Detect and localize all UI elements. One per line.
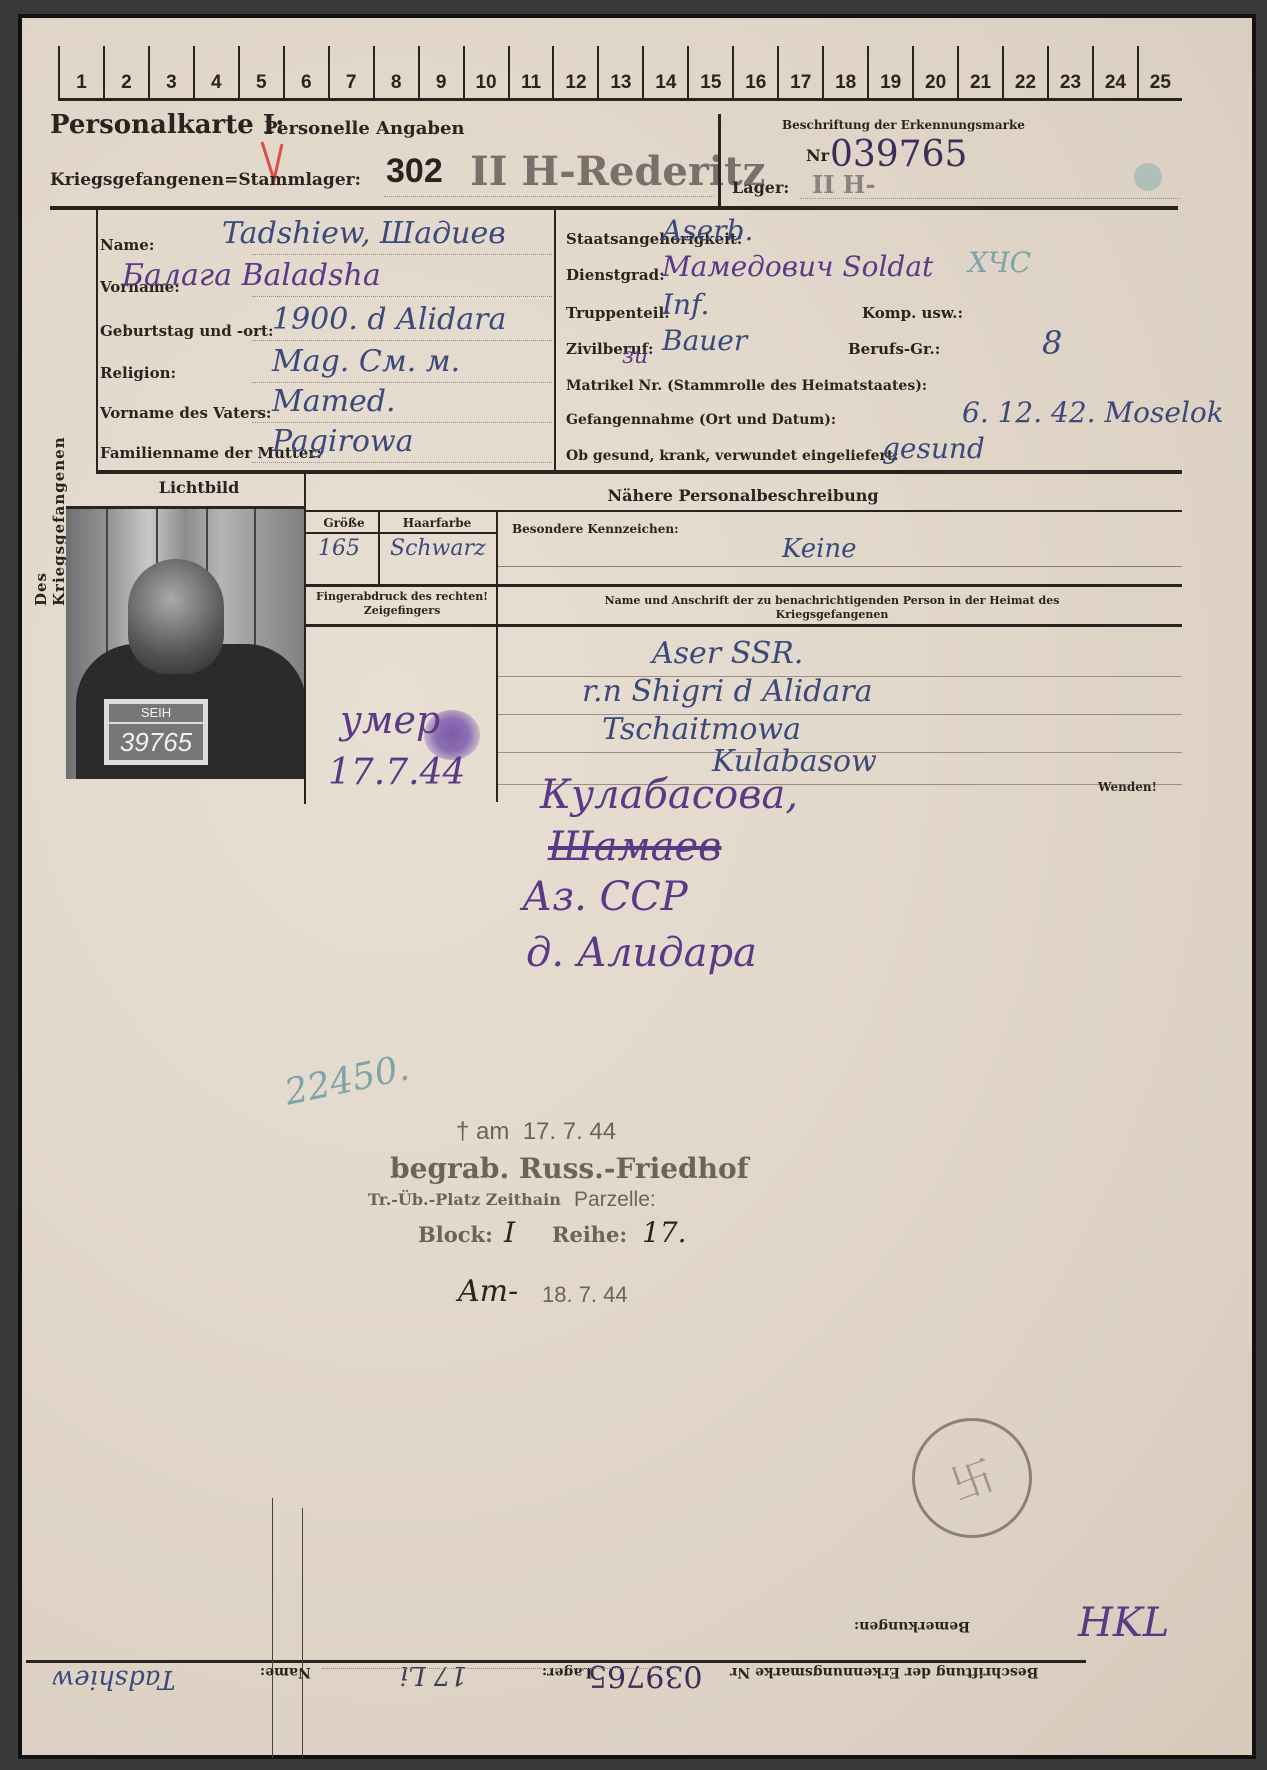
field-value: Tadshiew, Шадиев: [222, 216, 506, 251]
ruler-cell: 24: [1092, 46, 1137, 98]
field-value: Mag. См. м.: [272, 344, 460, 379]
hair-label: Haarfarbe: [382, 516, 492, 530]
field-value: 6. 12. 42. Moselok: [962, 396, 1224, 429]
contact-line: Tschaitmowa: [602, 712, 801, 747]
field-value: Inf.: [662, 288, 709, 321]
ruler-cell: 3: [148, 46, 193, 98]
field-value: Bauer: [662, 324, 747, 357]
russian-line: Кулабасова,: [540, 772, 798, 818]
ruler-cell: 15: [687, 46, 732, 98]
ruler-cell: 4: [193, 46, 238, 98]
death-line: † am 17. 7. 44: [456, 1118, 616, 1146]
ruler-cell: 6: [283, 46, 328, 98]
russian-line: д. Алидара: [526, 930, 757, 976]
remarks-label: Bemerkungen:: [854, 1618, 970, 1634]
field-value: Aserb.: [662, 214, 753, 247]
field-label: Religion:: [100, 364, 176, 382]
signature: HKL: [1078, 1600, 1169, 1646]
field-label: Dienstgrad:: [566, 266, 665, 284]
lager-value: II H-: [812, 170, 875, 199]
field-value: Балага Baladsha: [122, 258, 381, 293]
field-label: Geburtstag und -ort:: [100, 322, 274, 340]
contact-line: Aser SSR.: [652, 636, 803, 671]
round-stamp: 卐: [912, 1418, 1032, 1538]
photo-section-label: Lichtbild: [96, 478, 302, 497]
ruler-cell: 18: [822, 46, 867, 98]
ruler-cell: 9: [418, 46, 463, 98]
field-value: Мамедович Soldat: [662, 250, 933, 283]
field-label: Gefangennahme (Ort und Datum):: [566, 412, 836, 428]
footer-name-value: Tadshiew: [52, 1664, 176, 1694]
footer-tag-label: Beschriftung der Erkennungsmarke Nr: [730, 1664, 1038, 1680]
camp-stamp: II H-Rederitz: [470, 148, 765, 195]
ruler-cell: 10: [463, 46, 508, 98]
fingerprint-label: Fingerabdruck des rechten! Zeigefingers: [312, 590, 492, 618]
field-value-2: 8: [1042, 324, 1062, 362]
block-value: I: [504, 1216, 515, 1249]
id-slate: SEIH 39765: [104, 699, 208, 765]
lager-label: Lager:: [732, 178, 789, 197]
russian-line: Аз. ССР: [522, 874, 688, 920]
ruler-cell: 21: [957, 46, 1002, 98]
tag-prefix: Nr: [806, 146, 829, 165]
marks-label: Besondere Kennzeichen:: [512, 522, 679, 536]
ruler-cell: 1: [58, 46, 103, 98]
field-value: 1900. d Alidara: [272, 302, 506, 337]
field-value: Mamed.: [272, 384, 396, 419]
field-extra: ХЧС: [968, 246, 1031, 279]
burial-line: begrab. Russ.-Friedhof: [390, 1152, 749, 1185]
card-title: Personalkarte I:: [50, 110, 285, 140]
ruler-cell: 11: [508, 46, 553, 98]
card-subtitle: Personelle Angaben: [264, 118, 465, 139]
column-ruler: 1234567891011121314151617181920212223242…: [58, 46, 1182, 101]
ruler-cell: 7: [328, 46, 373, 98]
contact-label: Name und Anschrift der zu benachrichtige…: [552, 594, 1112, 622]
field-value: gesund: [882, 432, 985, 465]
field-label: Vorname des Vaters:: [100, 404, 271, 422]
blue-stamp-mark: [1134, 163, 1162, 191]
death-note: умер: [340, 698, 440, 742]
field-label: Truppenteil:: [566, 304, 670, 322]
camp-number: 302: [386, 152, 443, 191]
tag-number: 039765: [830, 134, 967, 175]
ruler-cell: 13: [597, 46, 642, 98]
ruler-cell: 16: [732, 46, 777, 98]
field-note: зи: [622, 344, 648, 369]
footer-name-label: Name:: [260, 1664, 311, 1680]
ruler-cell: 5: [238, 46, 283, 98]
russian-line: Шамаев: [548, 824, 721, 870]
field-label-2: Komp. usw.:: [862, 304, 963, 322]
personnel-card: 1234567891011121314151617181920212223242…: [18, 14, 1256, 1759]
archive-number: 22450.: [281, 1047, 413, 1113]
row-label: Reihe:: [552, 1222, 627, 1247]
row-value: 17.: [642, 1216, 687, 1249]
hair-value: Schwarz: [390, 536, 486, 561]
ruler-cell: 20: [912, 46, 957, 98]
field-label: Name:: [100, 236, 154, 254]
death-date: 17.7.44: [328, 752, 465, 793]
description-section-label: Nähere Personalbeschreibung: [306, 486, 1180, 505]
contact-line: r.n Shigri d Alidara: [582, 674, 873, 709]
camp-label: Kriegsgefangenen=Stammlager:: [50, 170, 361, 190]
prisoner-photo: SEIH 39765: [66, 509, 304, 779]
ruler-cell: 12: [552, 46, 597, 98]
parcel-label: Parzelle:: [574, 1188, 656, 1212]
marks-value: Keine: [782, 534, 857, 564]
turn-label: Wenden!: [1098, 780, 1157, 794]
am-date: 18. 7. 44: [542, 1282, 628, 1308]
field-label: Ob gesund, krank, verwundet eingeliefert…: [566, 448, 899, 464]
ruler-cell: 2: [103, 46, 148, 98]
ruler-cell: 23: [1047, 46, 1092, 98]
ruler-cell: 19: [867, 46, 912, 98]
ruler-cell: 17: [777, 46, 822, 98]
side-label: Des Kriegsgefangenen: [32, 406, 68, 606]
ruler-cell: 25: [1137, 46, 1182, 98]
footer-lager-label: Lager:: [542, 1664, 592, 1680]
field-label: Matrikel Nr. (Stammrolle des Heimatstaat…: [566, 378, 927, 394]
burial-place: Tr.-Üb.-Platz Zeithain: [368, 1190, 561, 1209]
am-signature: Am-: [458, 1274, 518, 1309]
footer-lager-value: 17 Li: [400, 1660, 467, 1690]
tag-label: Beschriftung der Erkennungsmarke: [782, 118, 1025, 132]
field-value: Pagirowa: [272, 424, 414, 459]
height-value: 165: [318, 536, 360, 561]
height-label: Größe: [314, 516, 374, 530]
ruler-cell: 14: [642, 46, 687, 98]
ruler-cell: 8: [373, 46, 418, 98]
block-label: Block:: [418, 1222, 493, 1247]
field-label-2: Berufs-Gr.:: [848, 340, 940, 358]
ruler-cell: 22: [1002, 46, 1047, 98]
footer-tag-number: 039765: [588, 1658, 703, 1693]
